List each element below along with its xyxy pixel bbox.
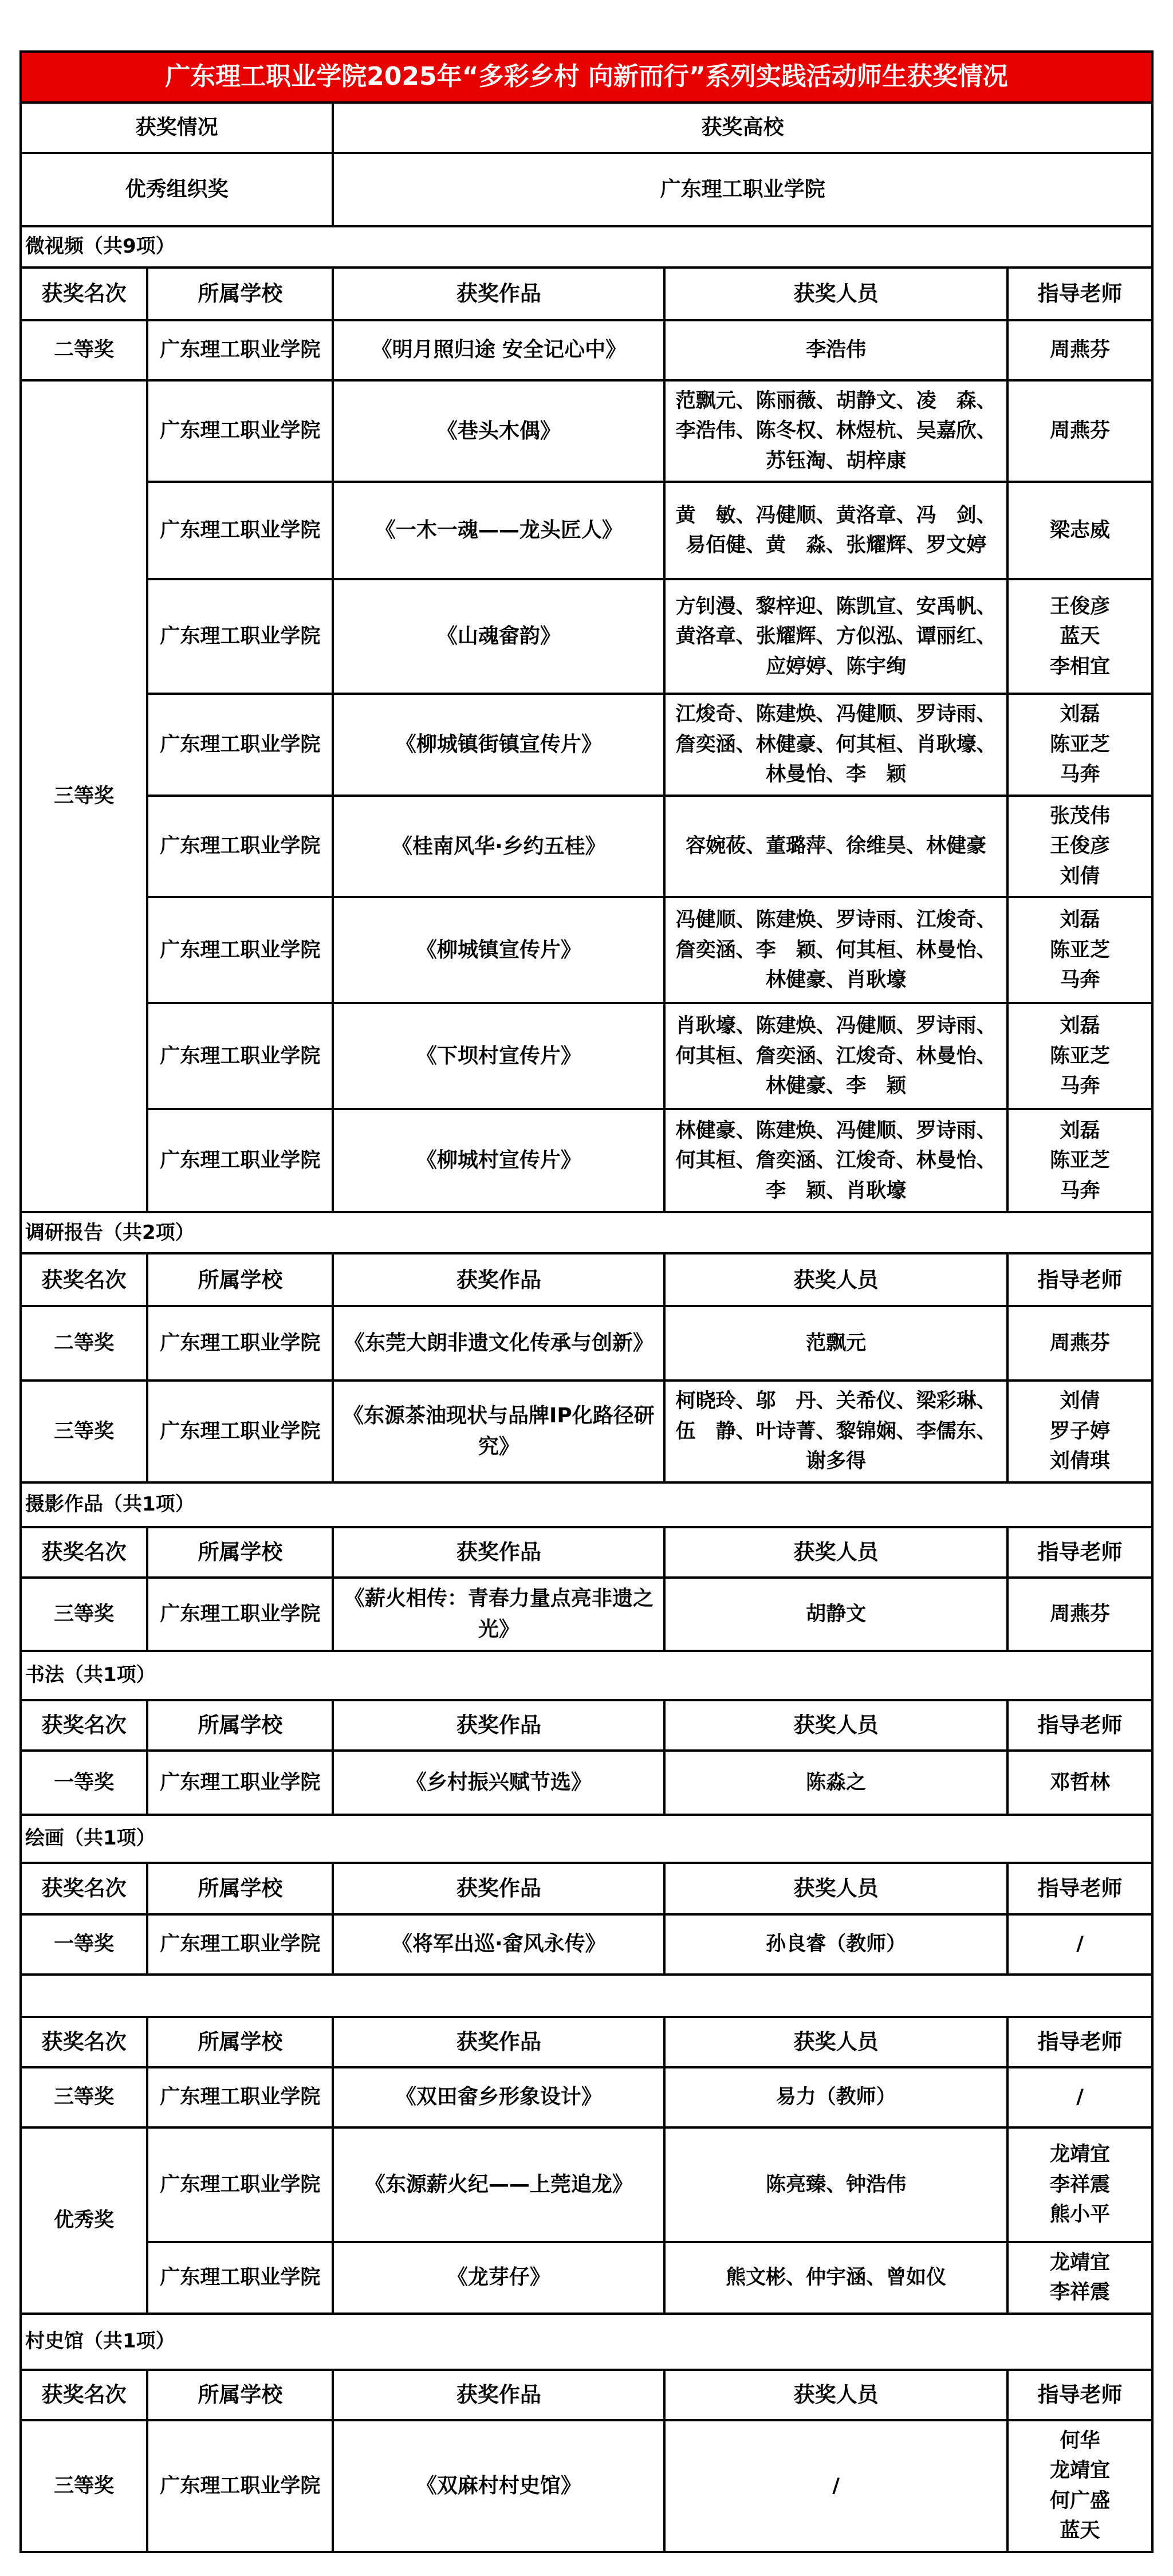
col-header-people: 获奖人员: [664, 2370, 1007, 2420]
cell-people: 柯晓玲、邬 丹、关希仪、梁彩琳、伍 静、叶诗菁、黎锦娴、李儒东、谢多得: [664, 1381, 1007, 1482]
cell-school: 广东理工职业学院: [147, 796, 333, 898]
column-header-row: 获奖名次 所属学校 获奖作品 获奖人员 指导老师: [21, 2370, 1152, 2420]
col-header-people: 获奖人员: [664, 2017, 1007, 2067]
cell-work: 《东源薪火纪——上莞追龙》: [333, 2127, 664, 2242]
table-row: 三等奖 广东理工职业学院 《巷头木偶》 范飘元、陈丽薇、胡静文、凌 森、李浩伟、…: [21, 380, 1152, 482]
cell-rank: 优秀奖: [21, 2127, 147, 2314]
col-header-teacher: 指导老师: [1007, 2017, 1152, 2067]
cell-work: 《将军出巡·畲风永传》: [333, 1914, 664, 1975]
cell-work: 《薪火相传：青春力量点亮非遗之光》: [333, 1578, 664, 1651]
cell-teacher: 刘磊 陈亚芝 马奔: [1007, 1003, 1152, 1109]
cell-school: 广东理工职业学院: [147, 1306, 333, 1381]
cell-teacher: 周燕芬: [1007, 1306, 1152, 1381]
cell-people: 胡静文: [664, 1578, 1007, 1651]
cell-teacher: 周燕芬: [1007, 380, 1152, 482]
cell-people: 林健豪、陈建焕、冯健顺、罗诗雨、何其桓、詹奕涵、江焌奇、林曼怡、李 颖、肖耿壕: [664, 1109, 1007, 1212]
table-row: 三等奖 广东理工职业学院 《薪火相传：青春力量点亮非遗之光》 胡静文 周燕芬: [21, 1578, 1152, 1651]
cell-work: 《桂南风华·乡约五桂》: [333, 796, 664, 898]
table-row: 广东理工职业学院 《柳城村宣传片》 林健豪、陈建焕、冯健顺、罗诗雨、何其桓、詹奕…: [21, 1109, 1152, 1212]
cell-teacher: 梁志威: [1007, 482, 1152, 579]
cell-school: 广东理工职业学院: [147, 1109, 333, 1212]
section-label-row: [21, 1975, 1152, 2017]
col-header-school: 所属学校: [147, 1527, 333, 1578]
cell-teacher: 刘磊 陈亚芝 马奔: [1007, 1109, 1152, 1212]
col-header-work: 获奖作品: [333, 1527, 664, 1578]
col-header-people: 获奖人员: [664, 268, 1007, 320]
cell-school: 广东理工职业学院: [147, 2420, 333, 2552]
awards-table: 获奖情况 获奖高校 优秀组织奖 广东理工职业学院 微视频（共9项） 获奖名次 所…: [19, 101, 1154, 2553]
cell-work: 《山魂畲韵》: [333, 579, 664, 694]
col-header-teacher: 指导老师: [1007, 2370, 1152, 2420]
cell-school: 广东理工职业学院: [147, 694, 333, 796]
table-row: 一等奖 广东理工职业学院 《乡村振兴赋节选》 陈淼之 邓哲林: [21, 1751, 1152, 1815]
cell-teacher: 龙靖宜 李祥震 熊小平: [1007, 2127, 1152, 2242]
section-label-calligraphy: 书法（共1项）: [21, 1651, 1152, 1700]
cell-school: 广东理工职业学院: [147, 1381, 333, 1482]
section-label-research: 调研报告（共2项）: [21, 1212, 1152, 1253]
cell-school: 广东理工职业学院: [147, 1003, 333, 1109]
cell-people: 易力（教师）: [664, 2067, 1007, 2127]
col-header-rank: 获奖名次: [21, 2370, 147, 2420]
table-row: 二等奖 广东理工职业学院 《东莞大朗非遗文化传承与创新》 范飘元 周燕芬: [21, 1306, 1152, 1381]
table-row: 广东理工职业学院 《柳城镇街镇宣传片》 江焌奇、陈建焕、冯健顺、罗诗雨、詹奕涵、…: [21, 694, 1152, 796]
cell-rank: 二等奖: [21, 320, 147, 380]
col-header-teacher: 指导老师: [1007, 1253, 1152, 1306]
section-label-row: 微视频（共9项）: [21, 226, 1152, 268]
cell-rank: 三等奖: [21, 1381, 147, 1482]
table-row: 三等奖 广东理工职业学院 《东源茶油现状与品牌IP化路径研究》 柯晓玲、邬 丹、…: [21, 1381, 1152, 1482]
cell-work: 《柳城镇街镇宣传片》: [333, 694, 664, 796]
cell-teacher: /: [1007, 2067, 1152, 2127]
cell-work: 《双田畲乡形象设计》: [333, 2067, 664, 2127]
summary-value-row: 优秀组织奖 广东理工职业学院: [21, 153, 1152, 226]
cell-rank: 一等奖: [21, 1914, 147, 1975]
cell-teacher: 刘倩 罗子婷 刘倩琪: [1007, 1381, 1152, 1482]
cell-rank: 三等奖: [21, 1578, 147, 1651]
col-header-school: 所属学校: [147, 1863, 333, 1914]
table-row: 三等奖 广东理工职业学院 《双麻村村史馆》 / 何华 龙靖宜 何广盛 蓝天: [21, 2420, 1152, 2552]
col-header-school: 所属学校: [147, 1253, 333, 1306]
cell-teacher: 张茂伟 王俊彦 刘倩: [1007, 796, 1152, 898]
cell-people: 范飘元: [664, 1306, 1007, 1381]
col-header-people: 获奖人员: [664, 1700, 1007, 1751]
cell-school: 广东理工职业学院: [147, 320, 333, 380]
table-row: 广东理工职业学院 《一木一魂——龙头匠人》 黄 敏、冯健顺、黄洛章、冯 剑、易佰…: [21, 482, 1152, 579]
col-header-teacher: 指导老师: [1007, 1527, 1152, 1578]
cell-school: 广东理工职业学院: [147, 579, 333, 694]
cell-rank: 三等奖: [21, 2067, 147, 2127]
section-label-row: 村史馆（共1项）: [21, 2314, 1152, 2370]
cell-work: 《双麻村村史馆》: [333, 2420, 664, 2552]
table-row: 一等奖 广东理工职业学院 《将军出巡·畲风永传》 孙良睿（教师） /: [21, 1914, 1152, 1975]
cell-teacher: 周燕芬: [1007, 1578, 1152, 1651]
cell-teacher: 龙靖宜 李祥震: [1007, 2242, 1152, 2314]
cell-rank: 一等奖: [21, 1751, 147, 1815]
cell-work: 《乡村振兴赋节选》: [333, 1751, 664, 1815]
col-header-work: 获奖作品: [333, 268, 664, 320]
cell-school: 广东理工职业学院: [147, 380, 333, 482]
cell-work: 《柳城镇宣传片》: [333, 897, 664, 1003]
col-header-rank: 获奖名次: [21, 1253, 147, 1306]
cell-school: 广东理工职业学院: [147, 2067, 333, 2127]
cell-people: 孙良睿（教师）: [664, 1914, 1007, 1975]
cell-teacher: 何华 龙靖宜 何广盛 蓝天: [1007, 2420, 1152, 2552]
cell-work: 《巷头木偶》: [333, 380, 664, 482]
col-header-people: 获奖人员: [664, 1527, 1007, 1578]
cell-rank: 二等奖: [21, 1306, 147, 1381]
table-row: 广东理工职业学院 《下坝村宣传片》 肖耿壕、陈建焕、冯健顺、罗诗雨、何其桓、詹奕…: [21, 1003, 1152, 1109]
cell-teacher: 王俊彦 蓝天 李相宜: [1007, 579, 1152, 694]
cell-teacher: 刘磊 陈亚芝 马奔: [1007, 897, 1152, 1003]
table-row: 广东理工职业学院 《柳城镇宣传片》 冯健顺、陈建焕、罗诗雨、江焌奇、詹奕涵、李 …: [21, 897, 1152, 1003]
cell-school: 广东理工职业学院: [147, 1751, 333, 1815]
cell-people: 李浩伟: [664, 320, 1007, 380]
cell-teacher: 刘磊 陈亚芝 马奔: [1007, 694, 1152, 796]
cell-people: 熊文彬、仲宇涵、曾如仪: [664, 2242, 1007, 2314]
cell-rank: 三等奖: [21, 2420, 147, 2552]
column-header-row: 获奖名次 所属学校 获奖作品 获奖人员 指导老师: [21, 2017, 1152, 2067]
col-header-teacher: 指导老师: [1007, 268, 1152, 320]
cell-school: 广东理工职业学院: [147, 2242, 333, 2314]
cell-people: 范飘元、陈丽薇、胡静文、凌 森、李浩伟、陈冬权、林煜杭、吴嘉欣、苏钰淘、胡梓康: [664, 380, 1007, 482]
cell-people: 肖耿壕、陈建焕、冯健顺、罗诗雨、何其桓、詹奕涵、江焌奇、林曼怡、林健豪、李 颖: [664, 1003, 1007, 1109]
summary-col-school: 获奖高校: [333, 103, 1152, 153]
cell-people: 方钊漫、黎梓迎、陈凯宣、安禹帆、黄洛章、张耀辉、方似泓、谭丽红、应婷婷、陈宇绚: [664, 579, 1007, 694]
cell-work: 《龙芽仔》: [333, 2242, 664, 2314]
col-header-rank: 获奖名次: [21, 1863, 147, 1914]
table-row: 广东理工职业学院 《龙芽仔》 熊文彬、仲宇涵、曾如仪 龙靖宜 李祥震: [21, 2242, 1152, 2314]
col-header-work: 获奖作品: [333, 2370, 664, 2420]
cell-people: 黄 敏、冯健顺、黄洛章、冯 剑、易佰健、黄 淼、张耀辉、罗文婷: [664, 482, 1007, 579]
col-header-teacher: 指导老师: [1007, 1863, 1152, 1914]
column-header-row: 获奖名次 所属学校 获奖作品 获奖人员 指导老师: [21, 1253, 1152, 1306]
cell-work: 《东莞大朗非遗文化传承与创新》: [333, 1306, 664, 1381]
table-row: 广东理工职业学院 《桂南风华·乡约五桂》 容婉莜、董璐萍、徐维昊、林健豪 张茂伟…: [21, 796, 1152, 898]
col-header-teacher: 指导老师: [1007, 1700, 1152, 1751]
section-label-microvideo: 微视频（共9项）: [21, 226, 1152, 268]
cell-people: /: [664, 2420, 1007, 2552]
col-header-work: 获奖作品: [333, 1253, 664, 1306]
cell-work: 《下坝村宣传片》: [333, 1003, 664, 1109]
cell-work: 《东源茶油现状与品牌IP化路径研究》: [333, 1381, 664, 1482]
col-header-work: 获奖作品: [333, 1700, 664, 1751]
cell-people: 冯健顺、陈建焕、罗诗雨、江焌奇、詹奕涵、李 颖、何其桓、林曼怡、林健豪、肖耿壕: [664, 897, 1007, 1003]
summary-col-situation: 获奖情况: [21, 103, 333, 153]
table-row: 优秀奖 广东理工职业学院 《东源薪火纪——上莞追龙》 陈亮臻、钟浩伟 龙靖宜 李…: [21, 2127, 1152, 2242]
summary-award: 优秀组织奖: [21, 153, 333, 226]
award-sheet: 广东理工职业学院2025年“多彩乡村 向新而行”系列实践活动师生获奖情况 获奖情…: [0, 0, 1173, 2576]
cell-people: 陈亮臻、钟浩伟: [664, 2127, 1007, 2242]
col-header-school: 所属学校: [147, 268, 333, 320]
col-header-work: 获奖作品: [333, 2017, 664, 2067]
table-row: 二等奖 广东理工职业学院 《明月照归途 安全记心中》 李浩伟 周燕芬: [21, 320, 1152, 380]
page-title: 广东理工职业学院2025年“多彩乡村 向新而行”系列实践活动师生获奖情况: [19, 50, 1154, 101]
cell-work: 《明月照归途 安全记心中》: [333, 320, 664, 380]
col-header-work: 获奖作品: [333, 1863, 664, 1914]
cell-work: 《一木一魂——龙头匠人》: [333, 482, 664, 579]
section-label-painting: 绘画（共1项）: [21, 1815, 1152, 1863]
section-label-empty: [21, 1975, 1152, 2017]
col-header-rank: 获奖名次: [21, 1700, 147, 1751]
section-label-row: 摄影作品（共1项）: [21, 1482, 1152, 1527]
section-label-photo: 摄影作品（共1项）: [21, 1482, 1152, 1527]
cell-teacher: 周燕芬: [1007, 320, 1152, 380]
cell-work: 《柳城村宣传片》: [333, 1109, 664, 1212]
summary-school: 广东理工职业学院: [333, 153, 1152, 226]
cell-people: 容婉莜、董璐萍、徐维昊、林健豪: [664, 796, 1007, 898]
cell-people: 江焌奇、陈建焕、冯健顺、罗诗雨、詹奕涵、林健豪、何其桓、肖耿壕、林曼怡、李 颖: [664, 694, 1007, 796]
cell-people: 陈淼之: [664, 1751, 1007, 1815]
section-label-row: 绘画（共1项）: [21, 1815, 1152, 1863]
col-header-people: 获奖人员: [664, 1253, 1007, 1306]
cell-school: 广东理工职业学院: [147, 897, 333, 1003]
col-header-rank: 获奖名次: [21, 2017, 147, 2067]
col-header-school: 所属学校: [147, 2370, 333, 2420]
col-header-rank: 获奖名次: [21, 268, 147, 320]
col-header-people: 获奖人员: [664, 1863, 1007, 1914]
column-header-row: 获奖名次 所属学校 获奖作品 获奖人员 指导老师: [21, 268, 1152, 320]
cell-school: 广东理工职业学院: [147, 482, 333, 579]
col-header-school: 所属学校: [147, 2017, 333, 2067]
cell-rank: 三等奖: [21, 380, 147, 1213]
table-row: 广东理工职业学院 《山魂畲韵》 方钊漫、黎梓迎、陈凯宣、安禹帆、黄洛章、张耀辉、…: [21, 579, 1152, 694]
cell-teacher: /: [1007, 1914, 1152, 1975]
col-header-rank: 获奖名次: [21, 1527, 147, 1578]
table-row: 三等奖 广东理工职业学院 《双田畲乡形象设计》 易力（教师） /: [21, 2067, 1152, 2127]
cell-school: 广东理工职业学院: [147, 2127, 333, 2242]
col-header-school: 所属学校: [147, 1700, 333, 1751]
section-label-row: 书法（共1项）: [21, 1651, 1152, 1700]
cell-school: 广东理工职业学院: [147, 1914, 333, 1975]
column-header-row: 获奖名次 所属学校 获奖作品 获奖人员 指导老师: [21, 1863, 1152, 1914]
section-label-row: 调研报告（共2项）: [21, 1212, 1152, 1253]
column-header-row: 获奖名次 所属学校 获奖作品 获奖人员 指导老师: [21, 1700, 1152, 1751]
cell-school: 广东理工职业学院: [147, 1578, 333, 1651]
cell-teacher: 邓哲林: [1007, 1751, 1152, 1815]
column-header-row: 获奖名次 所属学校 获奖作品 获奖人员 指导老师: [21, 1527, 1152, 1578]
section-label-village-museum: 村史馆（共1项）: [21, 2314, 1152, 2370]
summary-header-row: 获奖情况 获奖高校: [21, 103, 1152, 153]
